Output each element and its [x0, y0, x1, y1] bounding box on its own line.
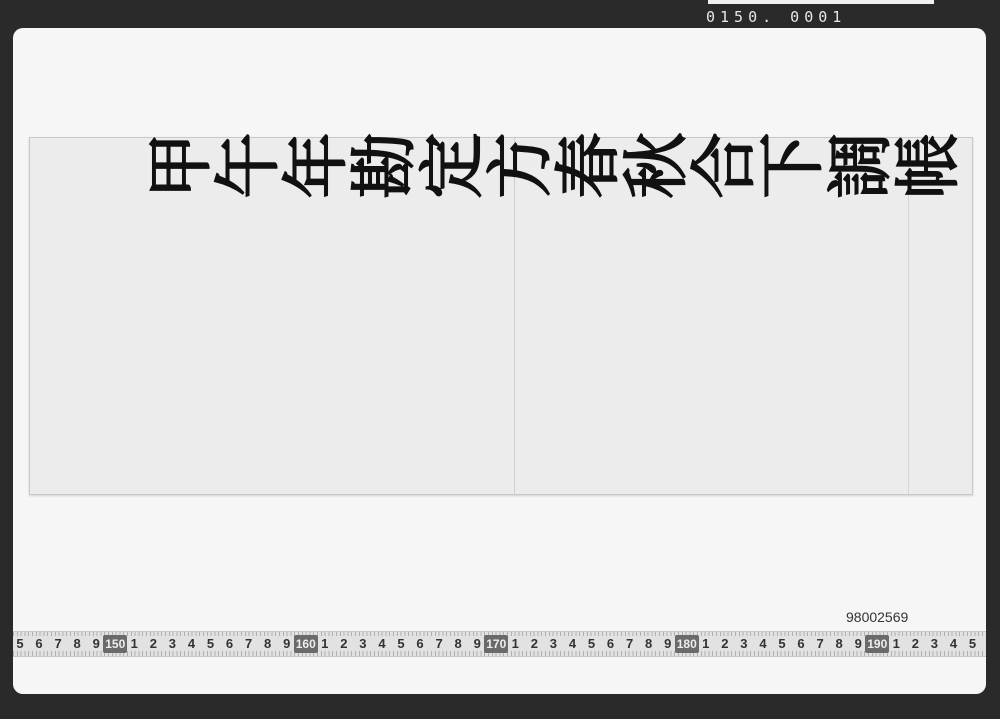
ruler-label: 2	[718, 635, 732, 653]
ruler-label: 160	[294, 635, 318, 653]
ruler-label: 6	[223, 635, 237, 653]
ruler-label: 2	[527, 635, 541, 653]
ruler-label: 3	[165, 635, 179, 653]
ruler-label: 8	[451, 635, 465, 653]
ruler-label: 9	[470, 635, 484, 653]
ruler-label: 9	[89, 635, 103, 653]
ruler-label: 150	[103, 635, 127, 653]
frame-id: 0150. 0001	[706, 8, 846, 26]
ruler-label: 5	[394, 635, 408, 653]
ruler-label: 6	[413, 635, 427, 653]
measuring-ruler: 5678915012345678916012345678917012345678…	[13, 631, 986, 657]
ruler-label: 2	[337, 635, 351, 653]
ruler-label: 2	[146, 635, 160, 653]
ruler-label: 3	[737, 635, 751, 653]
ruler-label: 8	[261, 635, 275, 653]
film-edge-strip	[708, 0, 934, 4]
ruler-label: 1	[127, 635, 141, 653]
ruler-label: 4	[946, 635, 960, 653]
ruler-label: 5	[13, 635, 27, 653]
ruler-label: 5	[775, 635, 789, 653]
ruler-label: 9	[280, 635, 294, 653]
ruler-label: 7	[623, 635, 637, 653]
ruler-label: 8	[642, 635, 656, 653]
ruler-label: 9	[851, 635, 865, 653]
ruler-label: 6	[604, 635, 618, 653]
ruler-label: 3	[356, 635, 370, 653]
ruler-label: 5	[204, 635, 218, 653]
ruler-label: 4	[375, 635, 389, 653]
ruler-label: 7	[242, 635, 256, 653]
ruler-label: 7	[51, 635, 65, 653]
ruler-label: 7	[432, 635, 446, 653]
ruler-label: 6	[794, 635, 808, 653]
ruler-label: 8	[832, 635, 846, 653]
ruler-label: 8	[70, 635, 84, 653]
ruler-label: 5	[585, 635, 599, 653]
ruler-label: 180	[675, 635, 699, 653]
ruler-label: 4	[184, 635, 198, 653]
ruler-label: 2	[908, 635, 922, 653]
ruler-label: 1	[508, 635, 522, 653]
catalog-number: 98002569	[846, 609, 908, 625]
ruler-label: 1	[318, 635, 332, 653]
ruler-label: 170	[484, 635, 508, 653]
ruler-label: 9	[661, 635, 675, 653]
ruler-label: 190	[865, 635, 889, 653]
ruler-labels: 5678915012345678916012345678917012345678…	[13, 635, 986, 653]
ruler-label: 4	[756, 635, 770, 653]
ruler-label: 3	[927, 635, 941, 653]
document-sheet: 甲午年勘定方春秋合下調帳	[29, 137, 973, 495]
document-title: 甲午年勘定方春秋合下調帳	[138, 126, 968, 216]
ruler-label: 6	[32, 635, 46, 653]
ruler-label: 5	[966, 635, 980, 653]
ruler-label: 7	[813, 635, 827, 653]
ruler-label: 4	[565, 635, 579, 653]
ruler-label: 1	[889, 635, 903, 653]
ruler-label: 3	[546, 635, 560, 653]
ruler-label: 1	[699, 635, 713, 653]
